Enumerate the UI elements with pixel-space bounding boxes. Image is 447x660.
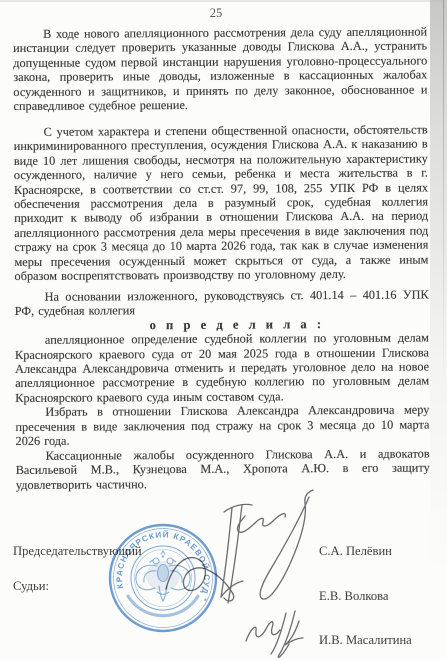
- document-body: В ходе нового апелляционного рассмотрени…: [13, 24, 430, 492]
- court-seal-stamp-icon: КРАСНОЯРСКИЙ КРАЕВОЙ СУД ✶: [105, 520, 221, 636]
- paragraph-legal-basis: На основании изложенного, руководствуясь…: [15, 287, 429, 318]
- judges-label: Судьи:: [13, 579, 49, 594]
- paragraph-appeal-instructions: В ходе нового апелляционного рассмотрени…: [13, 24, 428, 113]
- judge-name-volkova: Е.В. Волкова: [319, 589, 389, 604]
- presiding-name: С.А. Пелёвин: [319, 544, 392, 559]
- scan-edge-top: [0, 0, 447, 2]
- signature-judge-masalitina: [246, 611, 303, 657]
- double-headed-eagle-icon: [136, 551, 190, 601]
- page-number: 25: [0, 6, 432, 21]
- paragraph-ruling-annul: апелляционное определение судебной колле…: [15, 331, 429, 406]
- paragraph-ruling-detention: Избрать в отношении Глискова Александра …: [15, 403, 429, 449]
- paragraph-detention-reasoning: С учетом характера и степени общественно…: [14, 122, 429, 284]
- scan-edge-shadow: [430, 0, 447, 660]
- scanned-court-document-page: 25 В ходе нового апелляционного рассмотр…: [0, 0, 447, 660]
- paragraph-ruling-complaints: Кассационные жалобы осужденного Глискова…: [16, 446, 430, 492]
- seal-star-separator: ✶: [203, 597, 208, 604]
- judge-name-masalitina: И.В. Масалитина: [319, 633, 412, 648]
- scan-edge-line: [443, 0, 444, 409]
- signature-presiding-pelevin: [221, 490, 313, 603]
